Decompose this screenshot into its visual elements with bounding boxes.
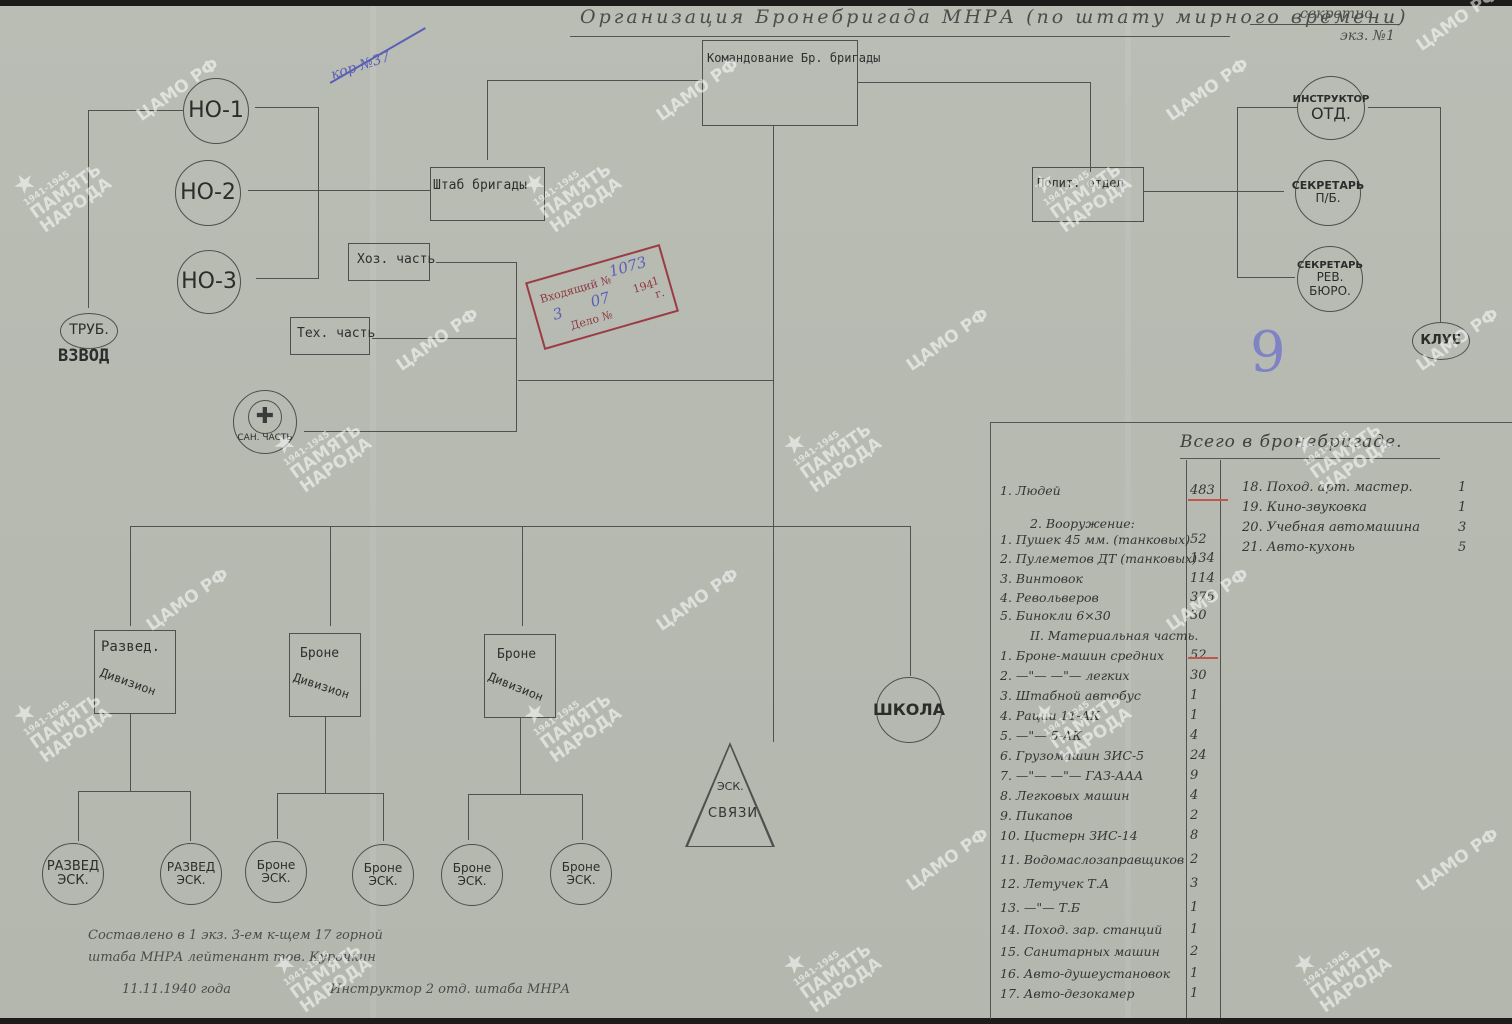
school-label: ШКОЛА	[873, 701, 945, 719]
platoon-label: ВЗВОД	[58, 346, 109, 366]
medical-label: САН. ЧАСТЬ	[237, 434, 292, 444]
armor-squadron-node: БронеЭСК.	[441, 844, 503, 906]
no2-node: НО-2	[175, 160, 241, 226]
summary-row-value: 134	[1190, 551, 1215, 566]
no3-label: НО-3	[181, 270, 237, 294]
summary-row-label: 4. Рации 11-АК	[1000, 708, 1100, 723]
summary-row-value: 9	[1190, 768, 1198, 783]
connector	[130, 714, 131, 791]
summary-row-label: 10. Цистерн ЗИС-14	[1000, 828, 1138, 843]
connector	[190, 791, 191, 841]
no2-label: НО-2	[180, 181, 236, 205]
connector	[522, 526, 523, 626]
household-box: Хоз. часть	[348, 243, 430, 281]
medical-node: ✚ САН. ЧАСТЬ	[233, 390, 297, 454]
summary-row-value: 24	[1190, 748, 1207, 763]
summary-row-label: 3. Штабной автобус	[1000, 688, 1141, 703]
summary-row-value: 2	[1190, 944, 1198, 959]
footer-signature: Инструктор 2 отд. штаба МНРА	[330, 982, 570, 997]
connector	[1090, 82, 1091, 172]
secrecy-label: секретно	[1300, 6, 1373, 22]
summary-title: Всего в бронебригаде.	[1180, 432, 1403, 452]
rev-bureau-label: РЕВ. БЮРО.	[1298, 271, 1362, 297]
summary-row-label: 16. Авто-душеустановок	[1000, 966, 1170, 981]
connector	[383, 793, 384, 841]
summary-title-underline	[1180, 458, 1440, 459]
copy-number: экз. №1	[1340, 28, 1395, 44]
footer-line-2: штаба МНРА лейтенант тов. Курочкин	[88, 950, 376, 965]
summary-row-label: 2. Вооружение:	[1030, 516, 1135, 531]
connector	[78, 791, 79, 841]
triangle-fill	[688, 746, 772, 846]
no3-node: НО-3	[177, 250, 241, 314]
summary-row-label: 13. —"— Т.Б	[1000, 900, 1080, 915]
summary-row-label: 2. Пулеметов ДТ (танковых)	[1000, 551, 1197, 566]
connector	[1237, 277, 1295, 278]
summary-row-value: 1	[1190, 986, 1198, 1001]
summary-row-value: 30	[1190, 608, 1207, 623]
summary-row-label: 5. —"— 5-АК	[1000, 728, 1082, 743]
squadron-sub-label: ЭСК.	[176, 874, 205, 887]
footer-line-1: Составлено в 1 экз. 3-ем к-щем 17 горной	[88, 928, 383, 943]
red-pencil-mark	[1188, 657, 1218, 659]
squadron-label: РАЗВЕД	[47, 860, 99, 874]
connector	[325, 717, 326, 793]
summary-row-value: 8	[1190, 828, 1198, 843]
summary-row-label: 1. Пушек 45 мм. (танковых)	[1000, 532, 1190, 547]
cross-icon: ✚	[248, 400, 282, 434]
division-label: Дивизион	[99, 665, 158, 698]
title-underline	[570, 36, 1230, 37]
summary-row-label: 7. —"— —"— ГАЗ-ААА	[1000, 768, 1144, 783]
signal-squadron-label-top: ЭСК.	[717, 780, 744, 793]
division-label: Дивизион	[486, 670, 545, 705]
school-node: ШКОЛА	[876, 677, 942, 743]
summary-row-value: 1	[1190, 966, 1198, 981]
summary-row-value: 483	[1190, 483, 1215, 498]
tech-label: Тех. часть	[297, 326, 375, 341]
connector	[255, 107, 318, 108]
summary-row-value: 375	[1190, 590, 1215, 605]
table-column-line	[1220, 460, 1221, 1018]
red-pencil-mark	[1188, 499, 1228, 501]
polit-box: Полит. отдел	[1032, 167, 1144, 222]
connector	[1237, 107, 1238, 277]
summary-row-label: 8. Легковых машин	[1000, 788, 1129, 803]
connector	[256, 278, 318, 279]
summary-row-label: 2. —"— —"— легких	[1000, 668, 1130, 683]
summary-row-value: 2	[1190, 852, 1198, 867]
summary-row-value: 1	[1458, 480, 1466, 495]
connector	[372, 338, 516, 339]
connector	[487, 80, 488, 160]
summary-row-label: 11. Водомаслозаправщиков	[1000, 852, 1184, 867]
connector	[1368, 107, 1440, 108]
squadron-sub-label: ЭСК.	[368, 875, 397, 888]
connector	[130, 526, 131, 626]
summary-row-label: 15. Санитарных машин	[1000, 944, 1160, 959]
summary-row-value: 1	[1458, 500, 1466, 515]
summary-row-label: 20. Учебная автомашина	[1242, 520, 1420, 535]
secretary-rev-node: СЕКРЕТАРЬРЕВ. БЮРО.	[1297, 246, 1363, 312]
recon-squadron-node: РАЗВЕДЭСК.	[42, 843, 104, 905]
summary-row-label: 12. Летучек Т.А	[1000, 876, 1109, 891]
secrecy-line	[1250, 24, 1400, 25]
no1-node: НО-1	[183, 78, 249, 144]
squadron-sub-label: ЭСК.	[566, 874, 595, 887]
connector	[468, 794, 469, 840]
connector	[277, 793, 278, 839]
summary-row-value: 30	[1190, 668, 1207, 683]
armor-label: Броне	[497, 647, 536, 662]
staff-box: Штаб бригады	[430, 167, 545, 221]
connector	[88, 110, 89, 308]
recon-squadron-node: РАЗВЕДЭСК.	[160, 843, 222, 905]
armor-division-2-box: Броне Дивизион	[484, 634, 556, 718]
staff-label: Штаб бригады	[433, 178, 527, 193]
summary-row-value: 4	[1190, 788, 1198, 803]
connector	[330, 526, 331, 626]
summary-row-value: 5	[1458, 540, 1466, 555]
connector	[773, 126, 774, 526]
armor-squadron-node: БронеЭСК.	[352, 844, 414, 906]
connector	[1440, 107, 1441, 322]
summary-row-value: 114	[1190, 571, 1215, 586]
summary-row-label: 1. Броне-машин средних	[1000, 648, 1164, 663]
signal-squadron-label-bottom: СВЯЗИ	[708, 806, 758, 821]
summary-row-label: 18. Поход. арт. мастер.	[1242, 480, 1413, 495]
connector	[858, 82, 1090, 83]
connector	[468, 794, 582, 795]
connector	[318, 107, 319, 279]
summary-row-label: 6. Грузомашин ЗИС-5	[1000, 748, 1144, 763]
connector	[773, 526, 774, 742]
trumpet-label: ТРУБ.	[69, 323, 109, 338]
page-number: 9	[1250, 320, 1286, 385]
summary-row-value: 52	[1190, 648, 1207, 663]
club-label: КЛУБ	[1420, 334, 1461, 348]
connector	[582, 794, 583, 840]
connector	[436, 262, 516, 263]
summary-row-label: 4. Револьверов	[1000, 590, 1099, 605]
instructor-dept-node: ИНСТРУКТОРОТД.	[1297, 76, 1365, 140]
summary-row-label: 3. Винтовок	[1000, 571, 1083, 586]
connector	[277, 793, 383, 794]
summary-row-value: 1	[1190, 922, 1198, 937]
footer-date: 11.11.1940 года	[122, 982, 231, 997]
summary-row-value: 4	[1190, 728, 1198, 743]
stamp-day: 3	[551, 304, 565, 324]
stamp-number: 1073	[607, 253, 649, 281]
squadron-sub-label: ЭСК.	[57, 874, 89, 888]
connector	[248, 190, 430, 191]
summary-row-label: II. Материальная часть.	[1030, 628, 1198, 643]
armor-squadron-node: БронеЭСК.	[550, 843, 612, 905]
recon-division-box: Развед. Дивизион	[94, 630, 176, 714]
summary-row-label: 21. Авто-кухонь	[1242, 540, 1355, 555]
armor-squadron-node: БронеЭСК.	[245, 841, 307, 903]
instructor-dept-label: ОТД.	[1311, 105, 1351, 123]
connector	[910, 526, 911, 676]
summary-row-value: 3	[1190, 876, 1198, 891]
connector	[1237, 107, 1297, 108]
no1-label: НО-1	[188, 99, 244, 123]
summary-row-value: 52	[1190, 532, 1207, 547]
secretary-pb-node: СЕКРЕТАРЬП/Б.	[1295, 160, 1361, 226]
household-label: Хоз. часть	[357, 252, 435, 267]
summary-row-label: 5. Бинокли 6×30	[1000, 608, 1111, 623]
connector	[1144, 191, 1284, 192]
connector	[516, 262, 517, 432]
summary-row-label: 17. Авто-дезокамер	[1000, 986, 1135, 1001]
connector	[520, 718, 521, 794]
summary-row-label: 14. Поход. зар. станций	[1000, 922, 1162, 937]
connector	[304, 431, 516, 432]
summary-row-value: 1	[1190, 900, 1198, 915]
connector	[518, 380, 773, 381]
secretary-pb-label: П/Б.	[1315, 192, 1340, 205]
connector	[487, 80, 702, 81]
summary-row-value: 1	[1190, 708, 1198, 723]
recon-label: Развед.	[101, 639, 160, 655]
armor-division-1-box: Броне Дивизион	[289, 633, 361, 717]
summary-row-value: 3	[1458, 520, 1466, 535]
connector	[130, 526, 910, 527]
polit-label: Полит. отдел	[1037, 176, 1124, 190]
squadron-sub-label: ЭСК.	[261, 872, 290, 885]
club-node: КЛУБ	[1412, 322, 1470, 360]
summary-row-label: 1. Людей	[1000, 483, 1061, 498]
stamp-case-label: Дело №	[569, 308, 614, 332]
summary-row-label: 19. Кино-звуковка	[1242, 500, 1367, 515]
armor-label: Броне	[300, 646, 339, 661]
trumpet-platoon-node: ТРУБ.	[60, 313, 118, 349]
division-label: Дивизион	[292, 670, 351, 701]
tech-box: Тех. часть	[290, 317, 370, 355]
command-label: Командование Бр. бригады	[707, 51, 880, 65]
summary-row-label: 9. Пикапов	[1000, 808, 1073, 823]
squadron-sub-label: ЭСК.	[457, 875, 486, 888]
connector	[88, 110, 183, 111]
command-box: Командование Бр. бригады	[702, 40, 858, 126]
summary-row-value: 2	[1190, 808, 1198, 823]
summary-row-value: 1	[1190, 688, 1198, 703]
connector	[78, 791, 190, 792]
